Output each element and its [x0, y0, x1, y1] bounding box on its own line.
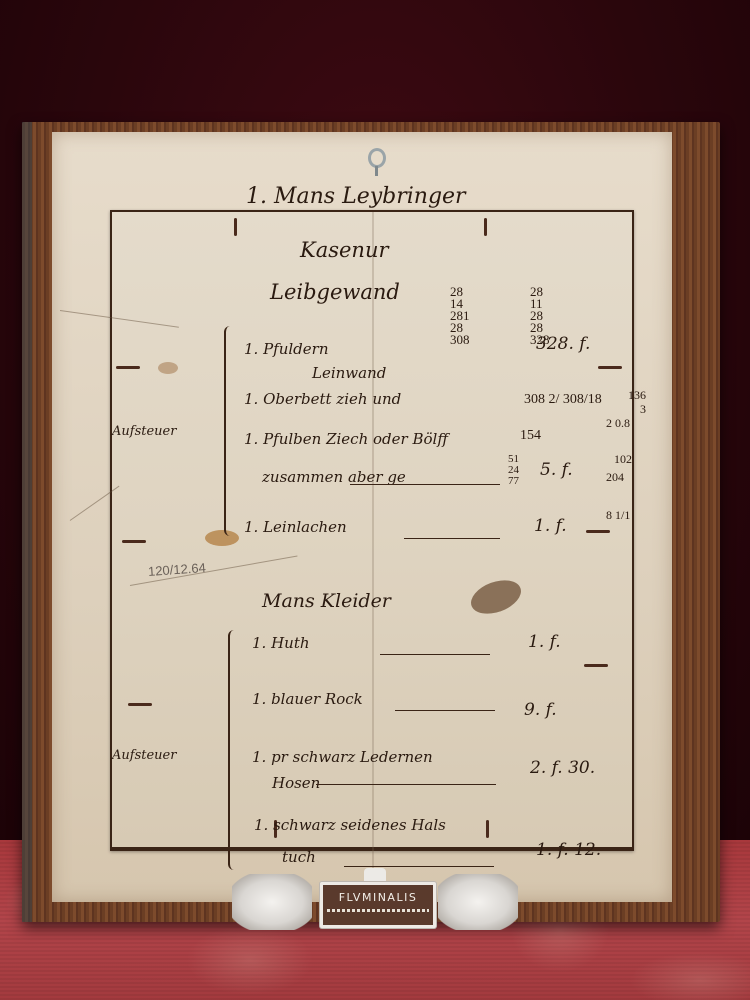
margin-label: Aufsteuer — [112, 424, 176, 439]
margin-number: 2 0.8 — [606, 416, 630, 431]
margin-label: Aufsteuer — [112, 748, 176, 763]
section-title: Mans Kleider — [262, 590, 391, 612]
section-brace — [224, 326, 234, 536]
plaque-plate: FLVMINALIS — [320, 882, 436, 928]
sum-column: 512477 — [508, 454, 519, 487]
item-price: 328. f. — [536, 334, 590, 354]
item-text: 1. Leinlachen — [244, 518, 347, 536]
nail-icon — [584, 664, 608, 667]
nail-icon — [128, 703, 152, 706]
plaque-subtitle — [327, 909, 429, 912]
item-price: 2. f. 30. — [530, 758, 595, 778]
nail-icon — [486, 820, 489, 838]
margin-number: 204 — [606, 470, 624, 485]
calculation-column: 281428128308 — [450, 286, 470, 346]
item-price: 5. f. — [540, 460, 573, 480]
margin-number: 102 — [614, 452, 632, 467]
watermark-plaque: FLVMINALIS — [232, 868, 518, 940]
nail-icon — [234, 218, 237, 236]
ruled-line — [350, 484, 500, 485]
ruled-line — [380, 654, 490, 655]
item-text: 1. Huth — [252, 634, 310, 652]
document-subheading: Leibgewand — [270, 280, 400, 304]
margin-number: 136 — [628, 388, 646, 403]
hook-stem — [375, 166, 378, 176]
ruled-line — [395, 710, 495, 711]
frame-edge — [22, 122, 32, 922]
item-text: 1. Oberbett zieh und — [244, 390, 401, 408]
nail-icon — [598, 366, 622, 369]
item-text: 1. pr schwarz Ledernen — [252, 748, 433, 766]
nail-icon — [586, 530, 610, 533]
plaque-title: FLVMINALIS — [323, 891, 433, 904]
item-text: 1. Pfulben Ziech oder Bölff — [244, 430, 448, 448]
document-subheading: Kasenur — [300, 238, 389, 262]
nail-icon — [484, 218, 487, 236]
item-text: 1. Pfuldern — [244, 340, 329, 358]
item-text: 1. schwarz seidenes Hals — [254, 816, 446, 834]
item-price: 1. f. 12. — [536, 840, 601, 860]
margin-number: 8 1/1 — [606, 508, 630, 523]
item-amount: 154 — [520, 428, 541, 444]
ruled-line — [404, 538, 500, 539]
paper-fold — [372, 212, 374, 902]
section-brace — [228, 630, 238, 870]
item-text: Leinwand — [312, 364, 386, 382]
item-text: tuch — [282, 848, 316, 866]
item-price: 1. f. — [534, 516, 567, 536]
item-text: 1. blauer Rock — [252, 690, 363, 708]
griffin-icon — [232, 874, 312, 930]
item-price: 9. f. — [524, 700, 557, 720]
hanging-hook-icon — [368, 148, 386, 168]
item-price: 308 2/ 308/18 — [524, 392, 602, 408]
document-heading: 1. Mans Leybringer — [246, 184, 466, 209]
ruled-line — [344, 866, 494, 867]
stain — [158, 362, 178, 374]
margin-number: 3 — [640, 402, 646, 417]
item-text: Hosen — [272, 774, 320, 792]
nail-icon — [122, 540, 146, 543]
item-price: 1. f. — [528, 632, 561, 652]
ruled-line — [316, 784, 496, 785]
nail-icon — [116, 366, 140, 369]
griffin-icon — [438, 874, 518, 930]
